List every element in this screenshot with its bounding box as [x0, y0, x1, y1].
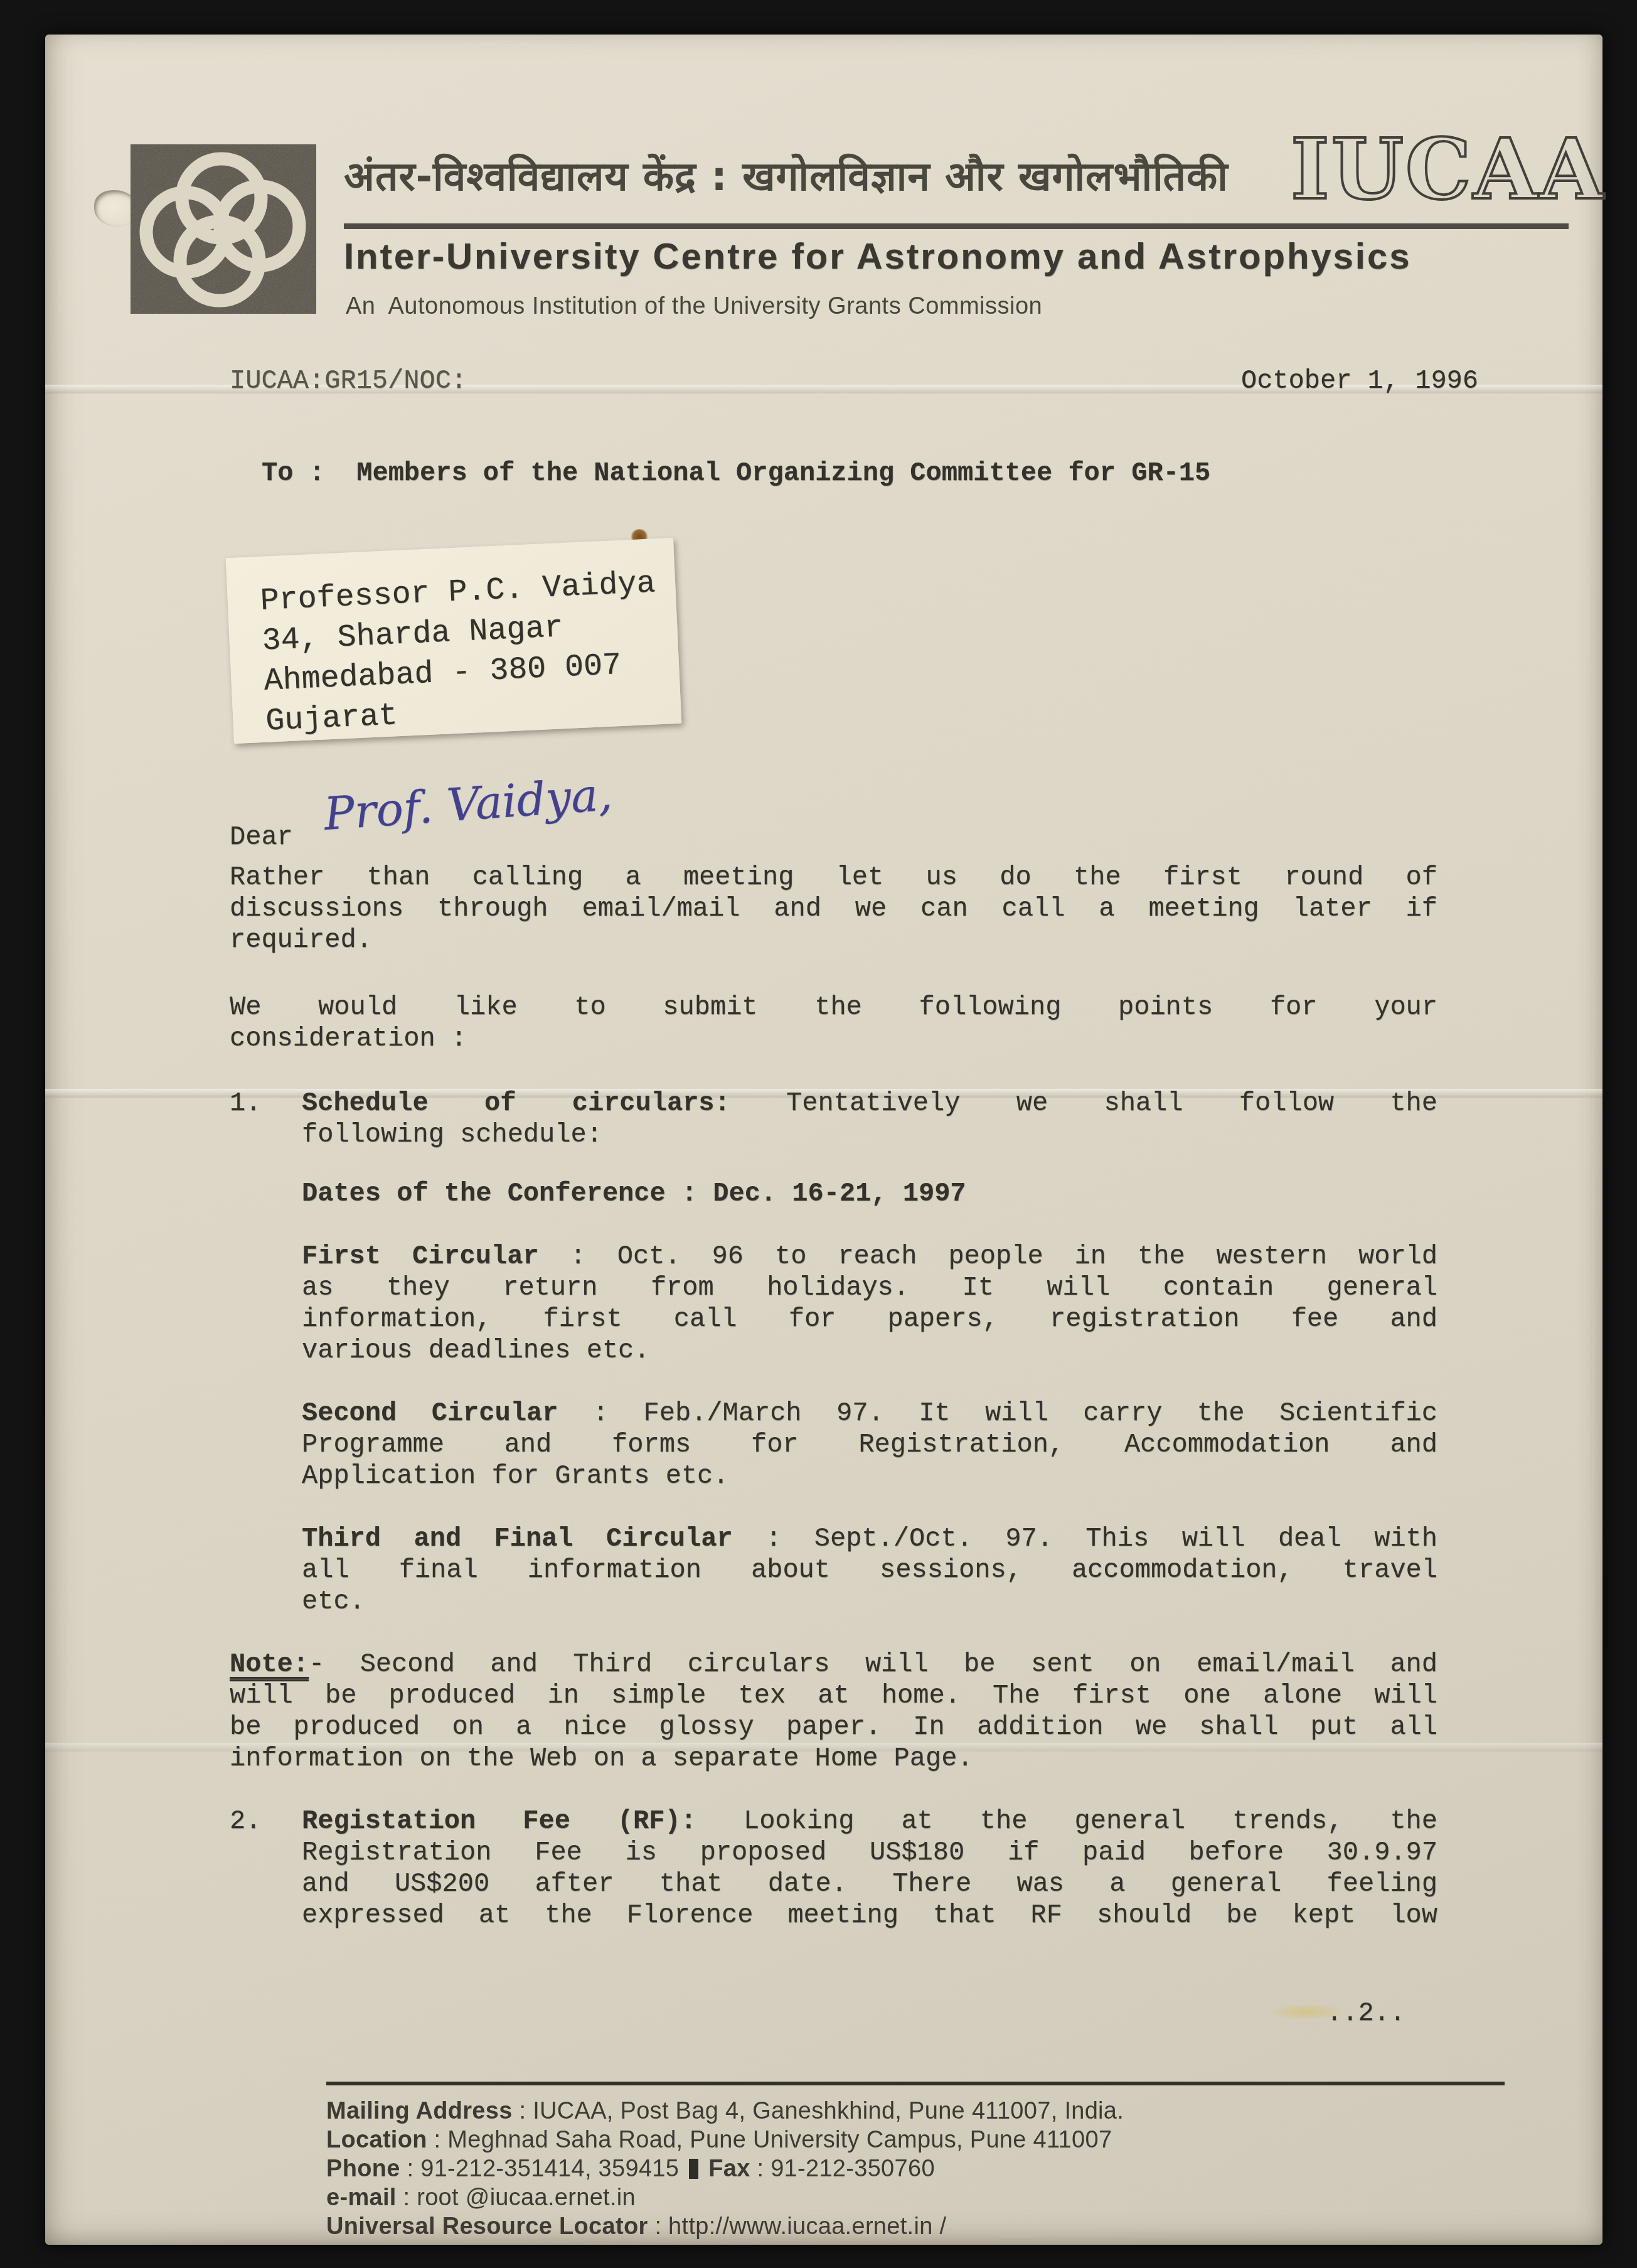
letterhead-subtitle: An Autonomous Institution of the Univers…: [346, 293, 1042, 320]
footer-value: : 91-212-351414, 359415: [407, 2156, 679, 2182]
conference-dates-line: Dates of the Conference : Dec. 16-21, 19…: [302, 1178, 1437, 1209]
circular-heading: Second Circular: [302, 1398, 558, 1428]
body-line: following schedule:: [302, 1119, 1437, 1150]
body-line: and US$200 after that date. There was a …: [302, 1868, 1437, 1900]
note-paragraph: Note:- Second and Third circulars will b…: [230, 1649, 1437, 1774]
body-line: expressed at the Florence meeting that R…: [302, 1900, 1437, 1931]
salutation-typed: Dear: [230, 821, 293, 853]
body-line: information on the Web on a separate Hom…: [230, 1743, 1437, 1774]
address-label: Professor P.C. Vaidya 34, Sharda Nagar A…: [226, 538, 682, 744]
item-heading: Schedule of circulars:: [302, 1088, 730, 1118]
footer-value: : Meghnad Saha Road, Pune University Cam…: [434, 2127, 1112, 2153]
item-heading: Registation Fee (RF):: [302, 1806, 696, 1836]
body-text: Looking at the general trends, the: [696, 1806, 1437, 1836]
body-line: First Circular : Oct. 96 to reach people…: [302, 1241, 1437, 1272]
body-line: Programme and forms for Registration, Ac…: [302, 1429, 1437, 1460]
footer-value: : 91-212-350760: [757, 2156, 934, 2182]
body-line: required.: [230, 924, 1437, 956]
letter-date: October 1, 1996: [1241, 365, 1478, 397]
footer: Mailing Address : IUCAA, Post Bag 4, Gan…: [326, 2097, 1124, 2241]
footer-value: : http://www.iucaa.ernet.in /: [654, 2213, 946, 2240]
footer-email: e-mail : root @iucaa.ernet.in: [326, 2183, 1124, 2212]
body-text: Dates of the Conference : Dec. 16-21, 19…: [302, 1179, 966, 1209]
body-line: various deadlines etc.: [302, 1335, 1437, 1366]
page-number: ..2..: [1326, 1998, 1405, 2029]
body-line: consideration :: [230, 1023, 1437, 1054]
to-line: To : Members of the National Organizing …: [262, 457, 1210, 489]
letterhead-rule: [344, 223, 1569, 229]
body-line: etc.: [302, 1586, 1437, 1617]
body-line: 1.Schedule of circulars: Tentatively we …: [230, 1088, 1437, 1119]
body-line: 2.Registation Fee (RF): Looking at the g…: [230, 1805, 1437, 1837]
black-box-separator-icon: [689, 2159, 698, 2179]
body-text: Tentatively we shall follow the: [730, 1088, 1437, 1118]
salutation-handwritten-name: Prof. Vaidya,: [323, 768, 614, 840]
body-line: all final information about sessions, ac…: [302, 1554, 1437, 1586]
circular-heading: First Circular: [302, 1241, 539, 1271]
footer-value: : root @iucaa.ernet.in: [403, 2185, 636, 2211]
footer-rule: [326, 2082, 1505, 2085]
circular-heading: Third and Final Circular: [302, 1524, 733, 1554]
item-number: 2.: [230, 1805, 302, 1837]
body-line: Registration Fee is proposed US$180 if p…: [302, 1837, 1437, 1868]
list-item-2: 2.Registation Fee (RF): Looking at the g…: [230, 1805, 1437, 1931]
footer-label: e-mail: [326, 2185, 397, 2211]
body-line: Third and Final Circular : Sept./Oct. 97…: [302, 1523, 1437, 1554]
footer-label: Fax: [708, 2156, 750, 2182]
first-circular-paragraph: First Circular : Oct. 96 to reach people…: [302, 1241, 1437, 1366]
body-line: be produced on a nice glossy paper. In a…: [230, 1711, 1437, 1743]
paragraph-1: Rather than calling a meeting let us do …: [230, 862, 1437, 956]
body-line: information, first call for papers, regi…: [302, 1303, 1437, 1335]
body-text: - Second and Third circulars will be sen…: [309, 1649, 1437, 1679]
letterhead-english-name: Inter-University Centre for Astronomy an…: [344, 235, 1411, 277]
body-line: as they return from holidays. It will co…: [302, 1272, 1437, 1303]
body-line: Application for Grants etc.: [302, 1460, 1437, 1492]
body-line: Rather than calling a meeting let us do …: [230, 862, 1437, 893]
paragraph-2: We would like to submit the following po…: [230, 992, 1437, 1054]
footer-label: Phone: [326, 2156, 400, 2182]
footer-label: Mailing Address: [326, 2098, 513, 2124]
body-text: : Oct. 96 to reach people in the western…: [539, 1241, 1437, 1271]
footer-phone-fax: Phone : 91-212-351414, 359415Fax : 91-21…: [326, 2154, 1124, 2183]
reference-row: IUCAA:GR15/NOC: October 1, 1996: [230, 365, 1478, 397]
body-text: : Sept./Oct. 97. This will deal with: [733, 1524, 1437, 1554]
body-line: We would like to submit the following po…: [230, 992, 1437, 1023]
body-line: Second Circular : Feb./March 97. It will…: [302, 1398, 1437, 1429]
body-line: Note:- Second and Third circulars will b…: [230, 1649, 1437, 1680]
scanned-letter-page: { "colors": { "background": "#131313", "…: [0, 0, 1637, 2268]
iucaa-logo-icon: [131, 144, 316, 314]
second-circular-paragraph: Second Circular : Feb./March 97. It will…: [302, 1398, 1437, 1492]
footer-label: Location: [326, 2127, 427, 2153]
reference-number: IUCAA:GR15/NOC:: [230, 365, 467, 397]
body-line: discussions through email/mail and we ca…: [230, 893, 1437, 924]
note-heading: Note:: [230, 1649, 309, 1679]
footer-location: Location : Meghnad Saha Road, Pune Unive…: [326, 2126, 1124, 2154]
body-text: : Feb./March 97. It will carry the Scien…: [558, 1398, 1437, 1428]
letter-paper: अंतर-विश्वविद्यालय केंद्र : खगोलविज्ञान …: [45, 35, 1602, 2245]
footer-label: Universal Resource Locator: [326, 2213, 648, 2240]
letterhead-devanagari-name: अंतर-विश्वविद्यालय केंद्र : खगोलविज्ञान …: [344, 147, 1285, 202]
footer-value: : IUCAA, Post Bag 4, Ganeshkhind, Pune 4…: [519, 2098, 1124, 2124]
item-number: 1.: [230, 1088, 302, 1119]
footer-mailing-address: Mailing Address : IUCAA, Post Bag 4, Gan…: [326, 2097, 1124, 2126]
footer-url: Universal Resource Locator : http://www.…: [326, 2212, 1124, 2241]
list-item-1: 1.Schedule of circulars: Tentatively we …: [230, 1088, 1437, 1150]
body-line: will be produced in simple tex at home. …: [230, 1680, 1437, 1711]
third-circular-paragraph: Third and Final Circular : Sept./Oct. 97…: [302, 1523, 1437, 1617]
letterhead-acronym: IUCAA: [1291, 129, 1606, 211]
